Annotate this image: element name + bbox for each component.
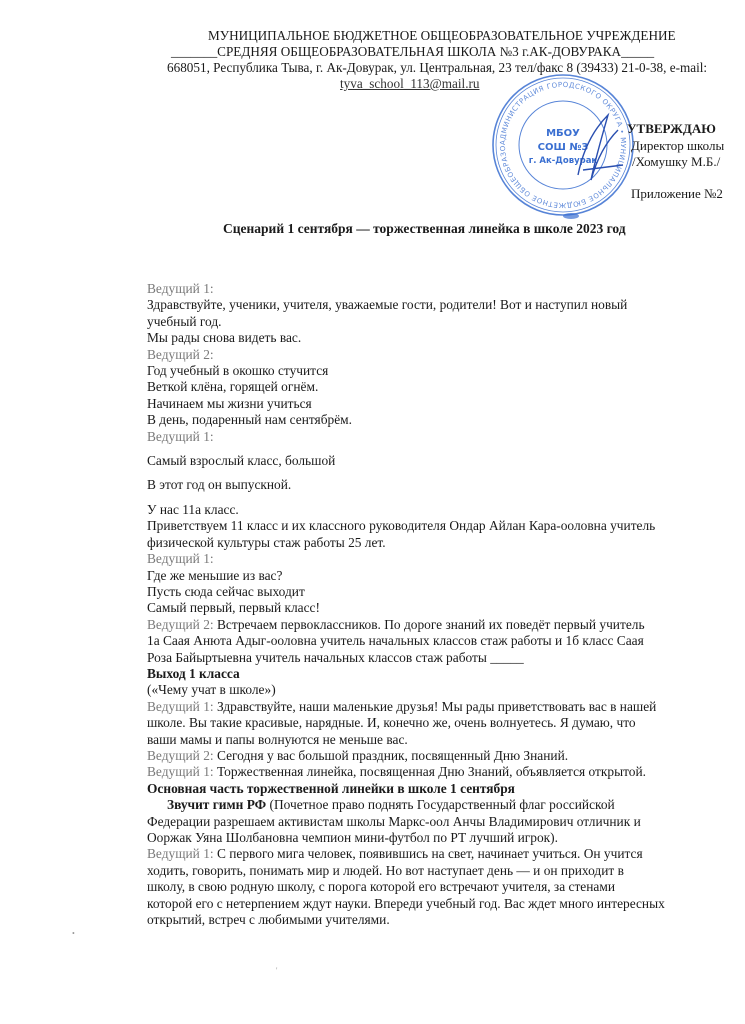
script-line: учебный год. xyxy=(147,314,737,330)
poem-line: Самый первый, первый класс! xyxy=(147,600,737,616)
script-line: Ведущий 1: Здравствуйте, наши маленькие … xyxy=(147,699,737,715)
script-line: которой его с нетерпением ждут науки. Вп… xyxy=(147,896,737,912)
svg-text:МБОУ: МБОУ xyxy=(546,128,580,139)
script-line: ваши мамы и папы волнуются не меньше вас… xyxy=(147,732,737,748)
script-line: Ведущий 2: Встречаем первоклассников. По… xyxy=(147,617,737,633)
speaker-label: Ведущий 1: xyxy=(147,551,737,567)
scan-speck: • xyxy=(72,929,75,938)
approval-name: /Хомушку М.Б./ xyxy=(632,154,720,170)
school-stamp: АДМИНИСТРАЦИЯ ГОРОДСКОГО ОКРУГА • МУНИЦИ… xyxy=(483,70,643,220)
poem-line: В день, подаренный нам сентябрём. xyxy=(147,412,737,428)
script-line: Мы рады снова видеть вас. xyxy=(147,330,737,346)
appendix-label: Приложение №2 xyxy=(631,186,723,202)
section-heading: Выход 1 класса xyxy=(147,666,737,682)
speaker-label: Ведущий 1: xyxy=(147,699,214,714)
script-line: 1а Саая Анюта Адыг-ооловна учитель начал… xyxy=(147,633,737,649)
poem-line: Год учебный в окошко стучится xyxy=(147,363,737,379)
speaker-label: Ведущий 1: xyxy=(147,846,214,861)
poem-line: Начинаем мы жизни учиться xyxy=(147,396,737,412)
script-body: Ведущий 1: Здравствуйте, ученики, учител… xyxy=(147,281,737,928)
approval-position: Директор школы xyxy=(631,138,724,154)
header-email-link[interactable]: tyva_school_113@mail.ru xyxy=(340,76,479,92)
script-line: школе. Вы такие красивые, нарядные. И, к… xyxy=(147,715,737,731)
script-line: Звучит гимн РФ (Почетное право поднять Г… xyxy=(147,797,737,813)
script-line: Ооржак Уяна Шолбановна чемпион мини-футб… xyxy=(147,830,737,846)
poem-line: Пусть сюда сейчас выходит xyxy=(147,584,737,600)
poem-line: В этот год он выпускной. xyxy=(147,477,737,493)
speaker-label: Ведущий 1: xyxy=(147,764,214,779)
script-line: физической культуры стаж работы 25 лет. xyxy=(147,535,737,551)
script-line: Роза Байыртыевна учитель начальных класс… xyxy=(147,650,737,666)
stamp-seal-icon: АДМИНИСТРАЦИЯ ГОРОДСКОГО ОКРУГА • МУНИЦИ… xyxy=(483,70,643,220)
svg-text:г. Ак-Довурак: г. Ак-Довурак xyxy=(529,156,598,166)
script-line: Ведущий 2: Сегодня у вас большой праздни… xyxy=(147,748,737,764)
section-heading: Основная часть торжественной линейки в ш… xyxy=(147,781,737,797)
script-line: Федерации разрешаем активистам школы Мар… xyxy=(147,814,737,830)
scan-speck: ' xyxy=(276,966,277,975)
poem-line: Самый взрослый класс, большой xyxy=(147,453,737,469)
speaker-label: Ведущий 1: xyxy=(147,281,737,297)
header-institution-line: МУНИЦИПАЛЬНОЕ БЮДЖЕТНОЕ ОБЩЕОБРАЗОВАТЕЛЬ… xyxy=(208,28,676,44)
header-school-name: _______СРЕДНЯЯ ОБЩЕОБРАЗОВАТЕЛЬНАЯ ШКОЛА… xyxy=(171,44,654,60)
script-line: ходить, говорить, понимать мир и людей. … xyxy=(147,863,737,879)
script-line: У нас 11а класс. xyxy=(147,502,737,518)
script-line: открытий, встреч с любимыми учителями. xyxy=(147,912,737,928)
script-line: Здравствуйте, ученики, учителя, уважаемы… xyxy=(147,297,737,313)
speaker-label: Ведущий 2: xyxy=(147,748,214,763)
poem-line: Где же меньшие из вас? xyxy=(147,568,737,584)
approval-label: УТВЕРЖДАЮ xyxy=(627,121,716,137)
speaker-label: Ведущий 2: xyxy=(147,617,214,632)
script-line: («Чему учат в школе») xyxy=(147,682,737,698)
script-line: Ведущий 1: Торжественная линейка, посвящ… xyxy=(147,764,737,780)
speaker-label: Ведущий 1: xyxy=(147,429,737,445)
speaker-label: Ведущий 2: xyxy=(147,347,737,363)
script-line: Приветствуем 11 класс и их классного рук… xyxy=(147,518,737,534)
poem-line: Веткой клёна, горящей огнём. xyxy=(147,379,737,395)
page-title: Сценарий 1 сентября — торжественная лине… xyxy=(223,221,626,237)
script-line: Ведущий 1: С первого мига человек, появи… xyxy=(147,846,737,862)
script-line: школу, в свою родную школу, с порога кот… xyxy=(147,879,737,895)
svg-text:СОШ №3: СОШ №3 xyxy=(538,142,589,153)
